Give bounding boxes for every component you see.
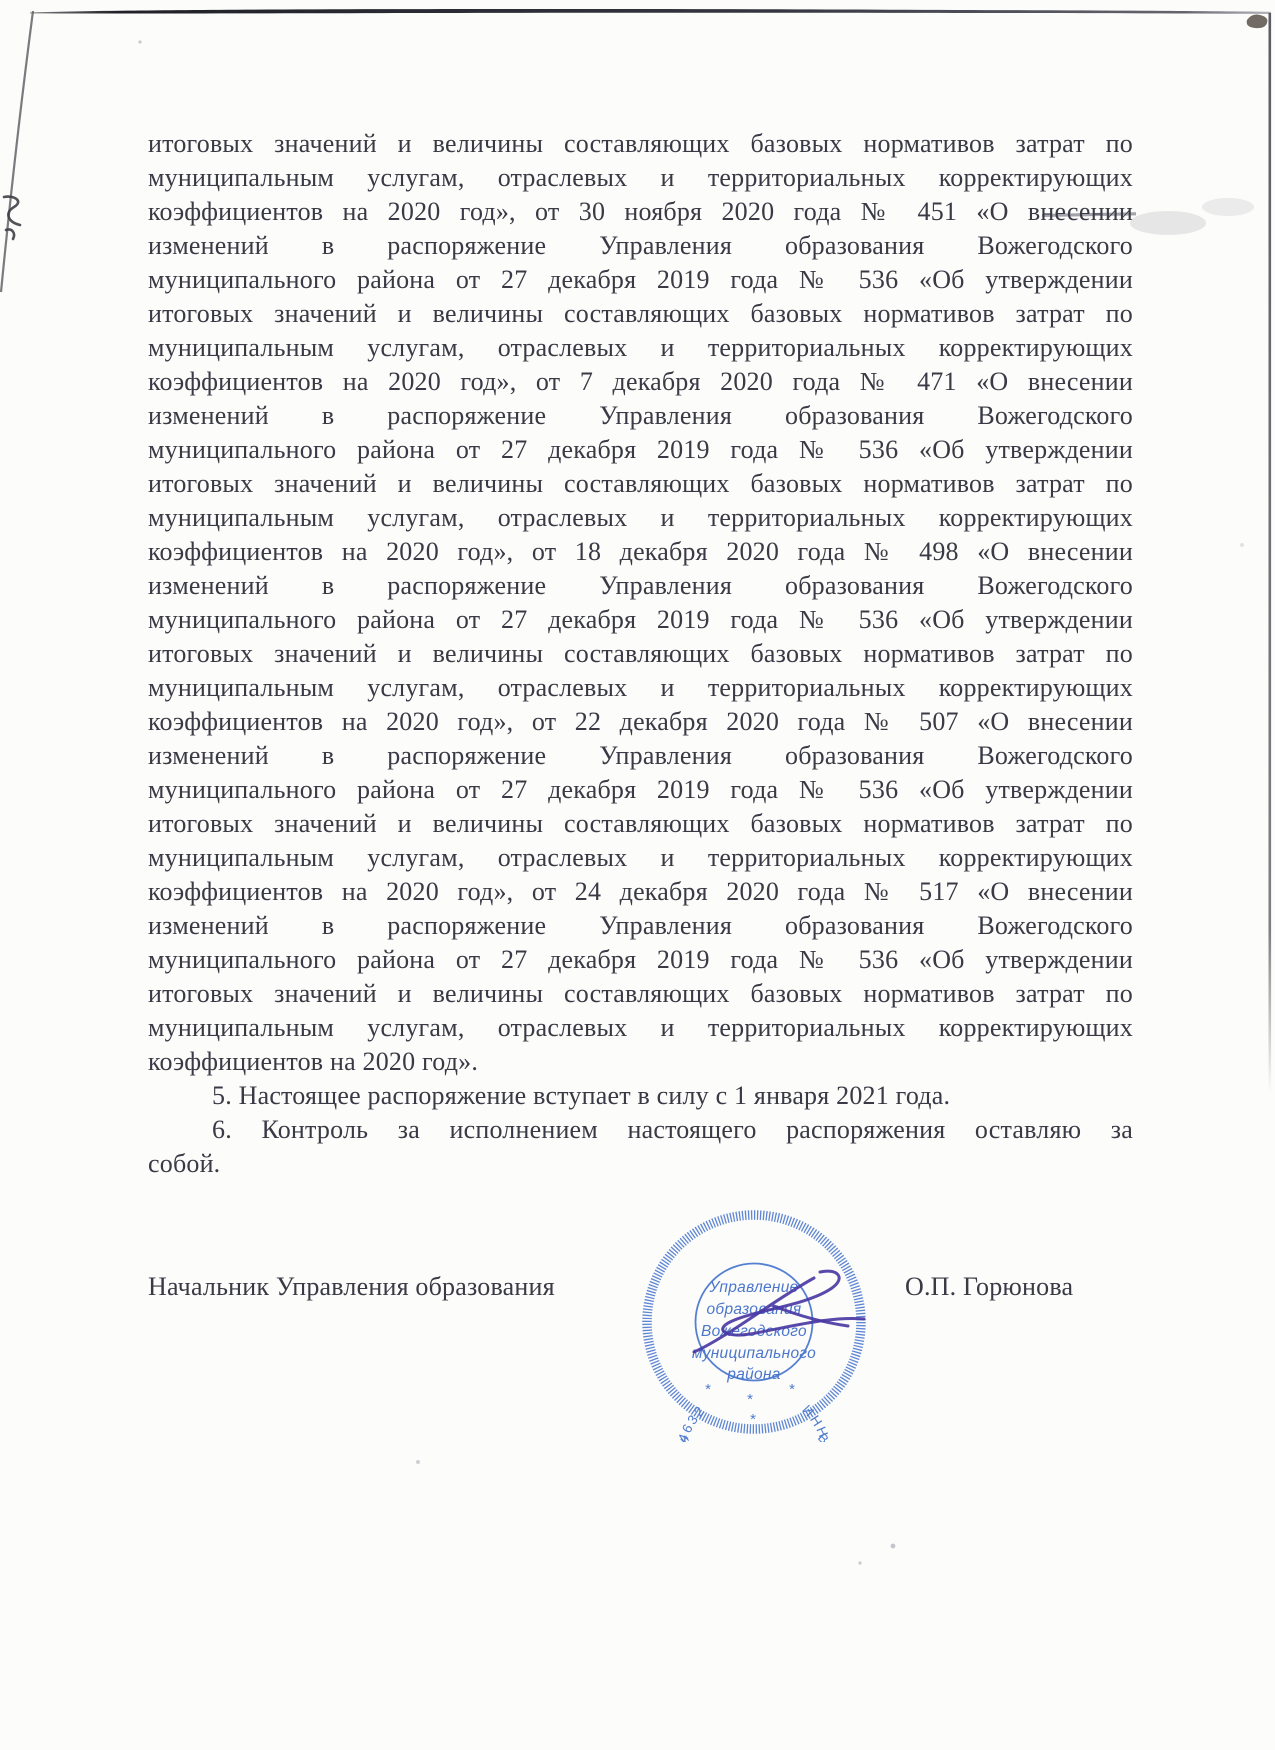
signatory-name: О.П. Горюнова <box>905 1272 1073 1302</box>
document-line: муниципальным услугам, отраслевых и терр… <box>148 841 1133 875</box>
document-line: коэффициентов на 2020 год». <box>148 1045 1133 1079</box>
scan-artifact-gray-smudge <box>1202 198 1254 216</box>
document-line: коэффициентов на 2020 год», от 22 декабр… <box>148 705 1133 739</box>
scan-artifact-right-edge-line <box>1269 13 1272 1093</box>
scan-artifact-top-edge-line <box>30 9 1271 14</box>
document-line: итоговых значений и величины составляющи… <box>148 127 1133 161</box>
scan-artifact-gray-smudge <box>1130 211 1206 235</box>
signatory-position-title: Начальник Управления образования <box>148 1272 555 1302</box>
stamp-star: * <box>750 1411 756 1428</box>
document-line: итоговых значений и величины составляющи… <box>148 467 1133 501</box>
document-line: муниципальным услугам, отраслевых и терр… <box>148 331 1133 365</box>
document-line: муниципального района от 27 декабря 2019… <box>148 773 1133 807</box>
document-line: муниципальным услугам, отраслевых и терр… <box>148 501 1133 535</box>
document-line: итоговых значений и величины составляющи… <box>148 637 1133 671</box>
document-line: итоговых значений и величины составляющи… <box>148 977 1133 1011</box>
scanned-document-page: итоговых значений и величины составляющи… <box>0 0 1275 1750</box>
scan-artifact-speck <box>1240 543 1244 547</box>
scan-artifact-speck <box>891 1544 896 1549</box>
document-line: изменений в распоряжение Управления обра… <box>148 739 1133 773</box>
scan-artifact-speck <box>416 1460 420 1464</box>
document-line: муниципального района от 27 декабря 2019… <box>148 943 1133 977</box>
document-line: изменений в распоряжение Управления обра… <box>148 399 1133 433</box>
document-line: итоговых значений и величины составляющи… <box>148 297 1133 331</box>
stamp-center-line: Управление <box>708 1279 798 1296</box>
document-line: коэффициентов на 2020 год», от 30 ноября… <box>148 195 1133 229</box>
document-line: коэффициентов на 2020 год», от 24 декабр… <box>148 875 1133 909</box>
document-line: муниципальным услугам, отраслевых и терр… <box>148 671 1133 705</box>
scan-artifact-corner-diagonal <box>1 11 33 292</box>
stamp-star: * <box>705 1381 711 1398</box>
document-line: коэффициентов на 2020 год», от 7 декабря… <box>148 365 1133 399</box>
document-line: собой. <box>148 1147 1133 1181</box>
document-line: 5. Настоящее распоряжение вступает в сил… <box>148 1079 1133 1113</box>
scan-artifact-speck <box>138 40 141 43</box>
stamp-star: * <box>789 1381 795 1398</box>
document-line: изменений в распоряжение Управления обра… <box>148 569 1133 603</box>
document-body: итоговых значений и величины составляющи… <box>148 127 1133 1181</box>
scan-artifact-staple-mark <box>4 197 20 239</box>
document-line: коэффициентов на 2020 год», от 18 декабр… <box>148 535 1133 569</box>
document-line: муниципального района от 27 декабря 2019… <box>148 603 1133 637</box>
document-line: муниципального района от 27 декабря 2019… <box>148 433 1133 467</box>
scan-artifact-top-right-smudge <box>1247 15 1268 29</box>
official-stamp: Вожегодский муниципальный район Вологодс… <box>634 1202 874 1442</box>
document-line: изменений в распоряжение Управления обра… <box>148 229 1133 263</box>
stamp-star: * <box>747 1391 753 1408</box>
document-line: изменений в распоряжение Управления обра… <box>148 909 1133 943</box>
document-line: муниципального района от 27 декабря 2019… <box>148 263 1133 297</box>
scan-artifact-speck <box>858 1561 861 1564</box>
document-line: муниципальным услугам, отраслевых и терр… <box>148 161 1133 195</box>
document-line: муниципальным услугам, отраслевых и терр… <box>148 1011 1133 1045</box>
document-line: 6. Контроль за исполнением настоящего ра… <box>148 1113 1133 1147</box>
stamp-center-line: муниципального <box>692 1345 816 1362</box>
document-line: итоговых значений и величины составляющи… <box>148 807 1133 841</box>
stamp-center-line: района <box>726 1366 781 1383</box>
